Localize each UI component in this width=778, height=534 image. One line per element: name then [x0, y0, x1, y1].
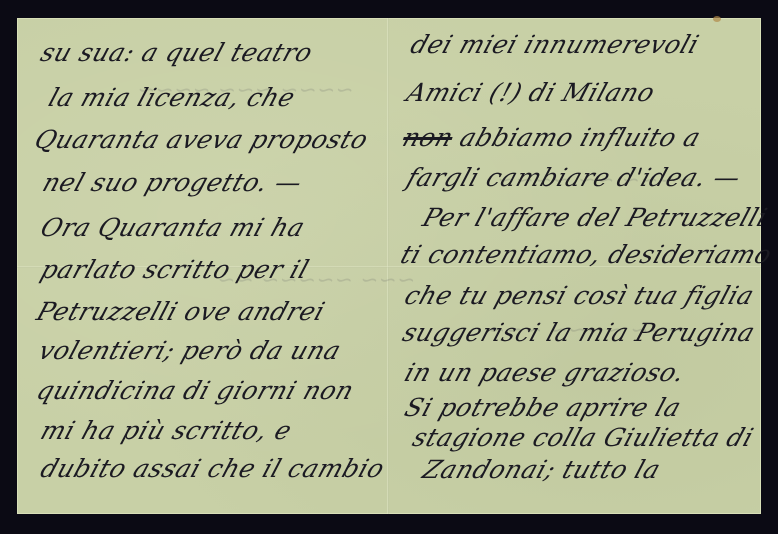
handwritten-line: Zandonai; tutto la [419, 455, 664, 484]
handwritten-line: Amici (!) di Milano [403, 78, 659, 107]
handwritten-line: Per l'affare del Petruzzelli [419, 203, 771, 232]
handwritten-line: Quaranta aveva proposto [31, 125, 372, 154]
handwritten-line: volentieri; però da una [35, 336, 345, 365]
handwritten-line: parlato scritto per il [37, 255, 313, 284]
handwritten-line: dei miei innumerevoli [407, 30, 703, 59]
handwritten-line: Ora Quaranta mi ha [37, 213, 309, 242]
handwritten-line: stagione colla Giulietta di [409, 423, 757, 452]
handwritten-line: su sua: a quel teatro [37, 38, 317, 67]
struck-out-word: non [399, 123, 457, 152]
left-page: su sua: a quel teatro la mia licenza, ch… [17, 18, 387, 514]
handwritten-line: Petruzzelli ove andrei [33, 297, 329, 326]
handwritten-line: dubito assai che il cambio [37, 454, 388, 483]
handwritten-line: fargli cambiare d'idea. — [403, 163, 745, 192]
handwritten-line: in un paese grazioso. [401, 358, 689, 387]
handwritten-line: che tu pensi così tua figlia [401, 281, 758, 310]
letter-sheet: ~~~~ ~~~ ~~~~ ~~~ ~~~~~ ~~ ~~~~ ~~ ~~~~ … [17, 18, 761, 514]
handwritten-line: ti contentiamo, desideriamo [397, 240, 776, 269]
handwritten-line: Si potrebbe aprire la [401, 393, 685, 422]
line-text: abbiamo influito a [456, 123, 704, 152]
handwritten-line: la mia licenza, che [45, 83, 299, 112]
handwritten-line: quindicina di giorni non [33, 376, 358, 405]
handwritten-line: nel suo progetto. — [39, 168, 306, 197]
handwritten-line: suggerisci la mia Perugina [399, 318, 759, 347]
handwritten-line: non abbiamo influito a [399, 123, 705, 152]
right-page: dei miei innumerevoli Amici (!) di Milan… [389, 18, 761, 514]
handwritten-line: mi ha più scritto, e [37, 416, 296, 445]
